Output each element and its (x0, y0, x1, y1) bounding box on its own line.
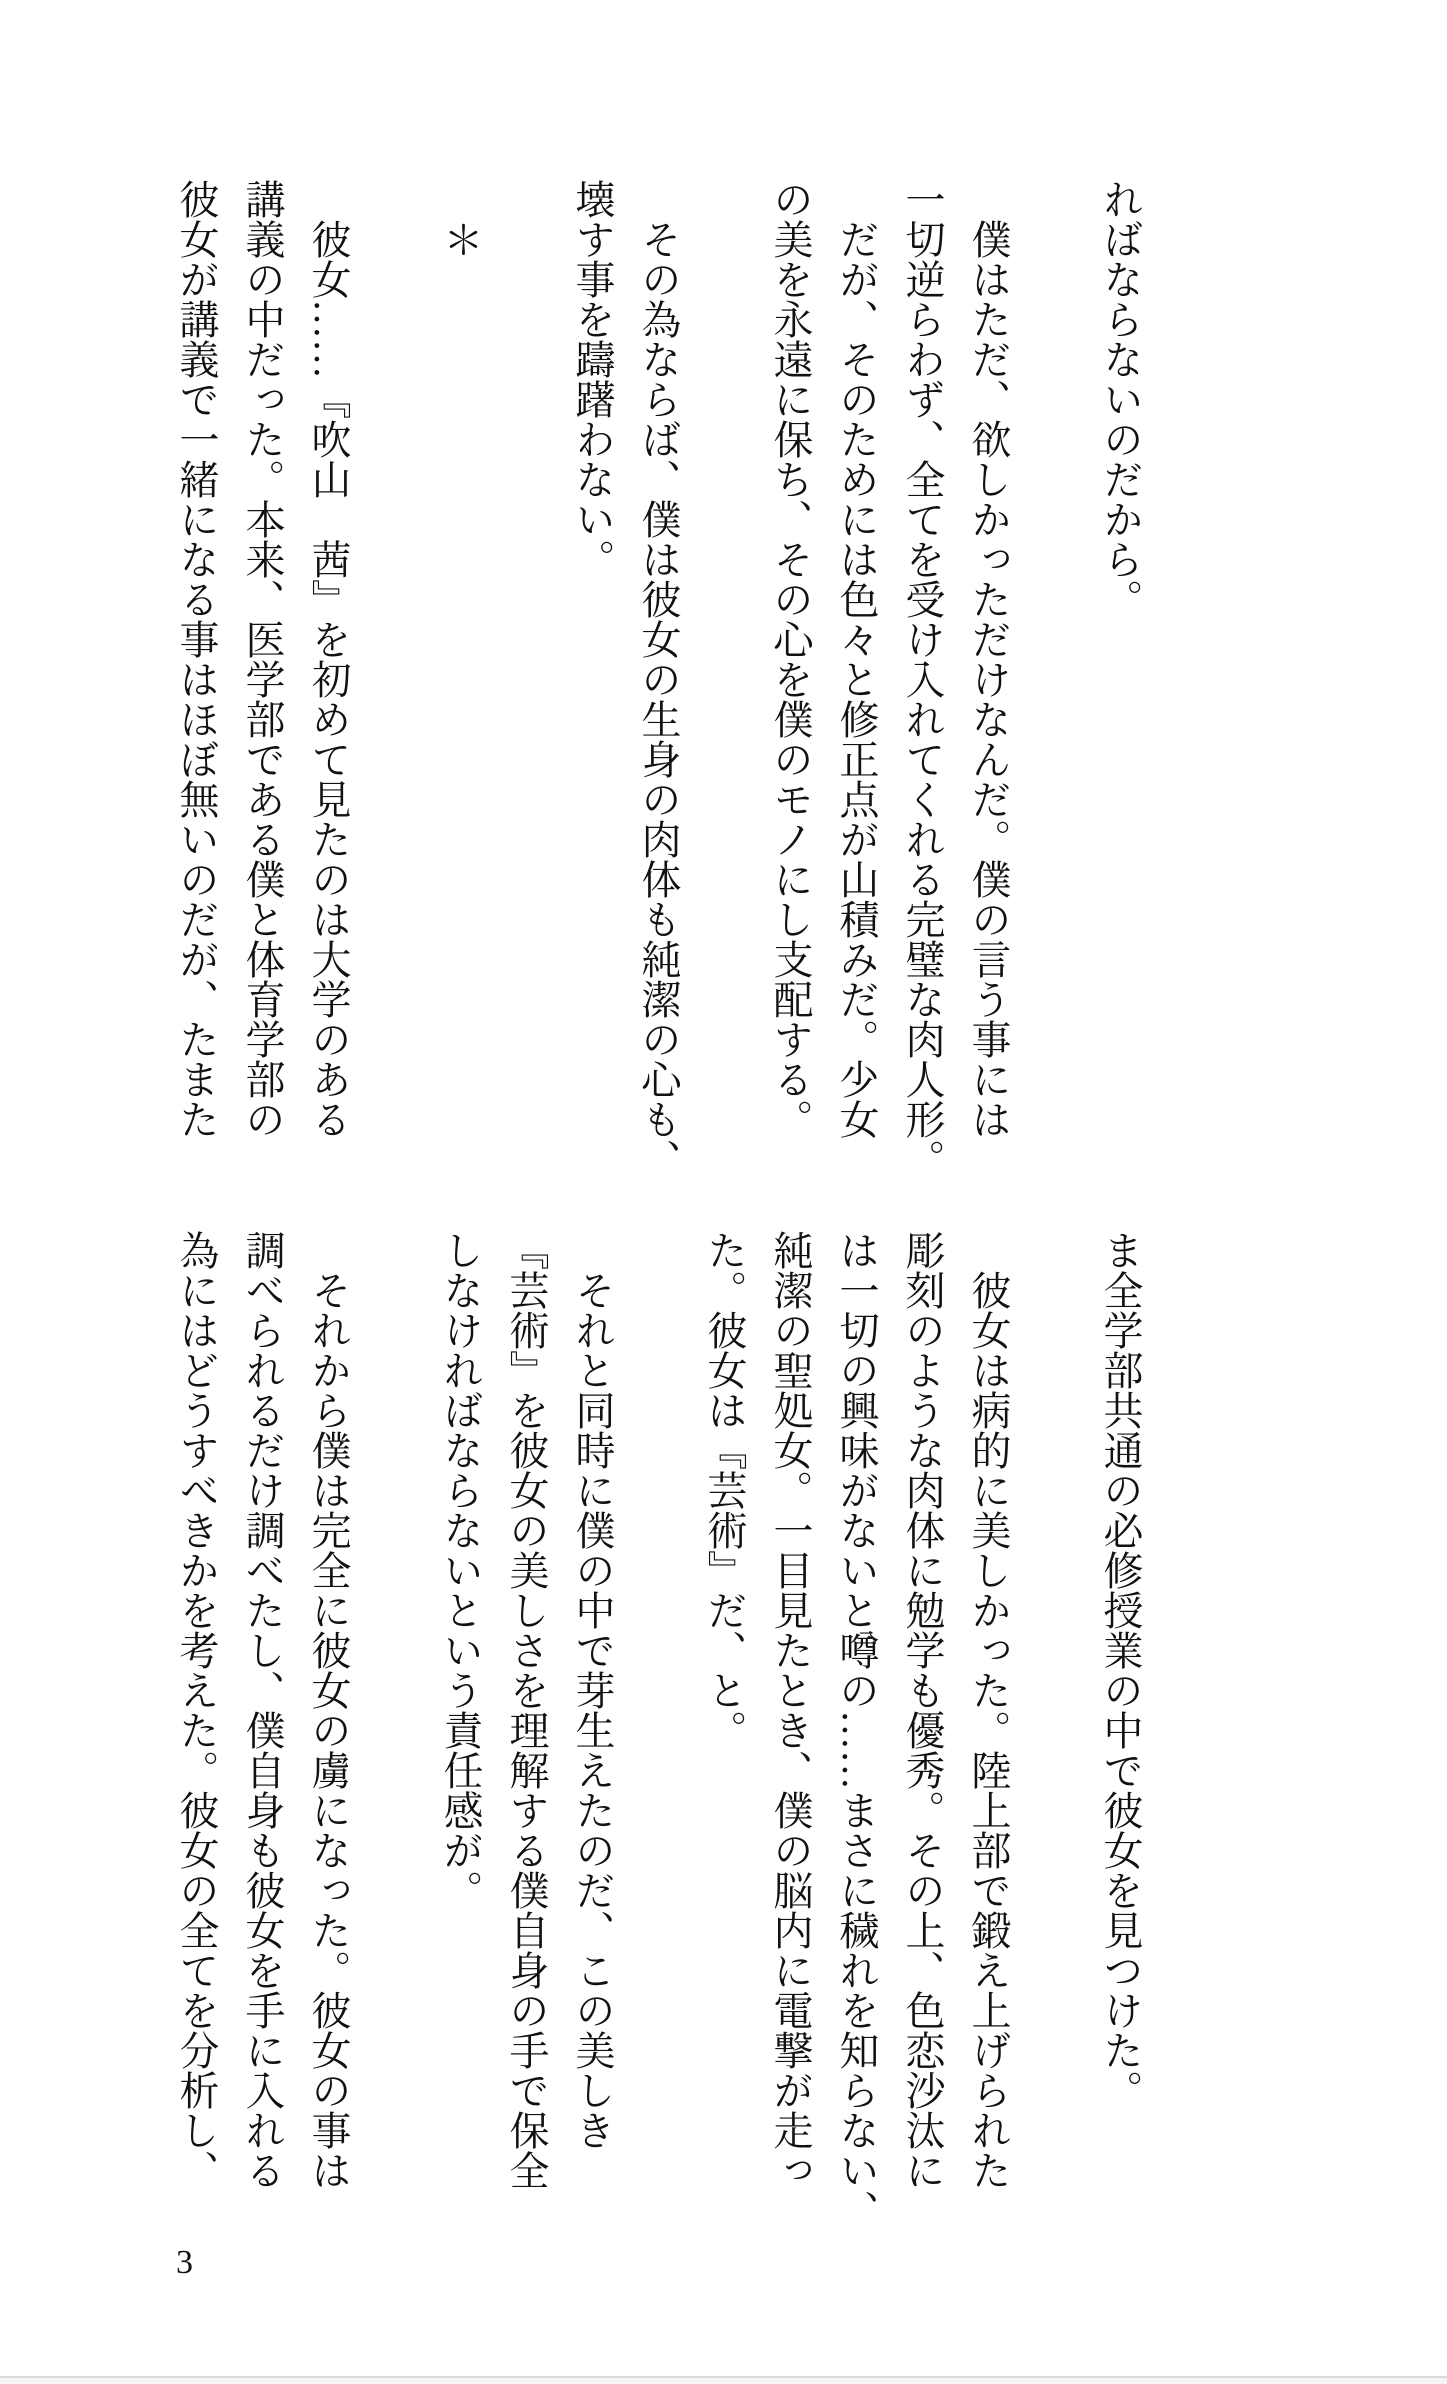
text-block-bottom: ま全学部共通の必修授業の中で彼女を見つけた。 彼女は病的に美しかった。陸上部で鍛… (163, 1230, 1153, 2190)
novel-page: ればならないのだから。 僕はただ、欲しかっただけなんだ。僕の言う事には 一切逆ら… (0, 0, 1447, 2384)
page-number: 3 (176, 2246, 193, 2280)
text-block-top: ればならないのだから。 僕はただ、欲しかっただけなんだ。僕の言う事には 一切逆ら… (163, 179, 1153, 1139)
footer-strip (0, 2378, 1447, 2384)
